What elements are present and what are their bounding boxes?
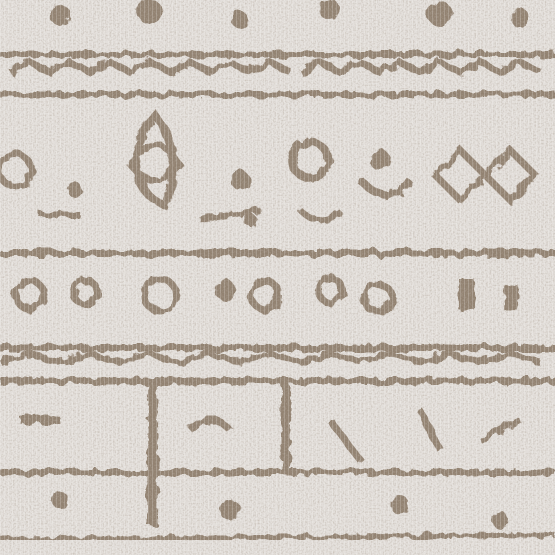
rug-texture [0,0,555,555]
